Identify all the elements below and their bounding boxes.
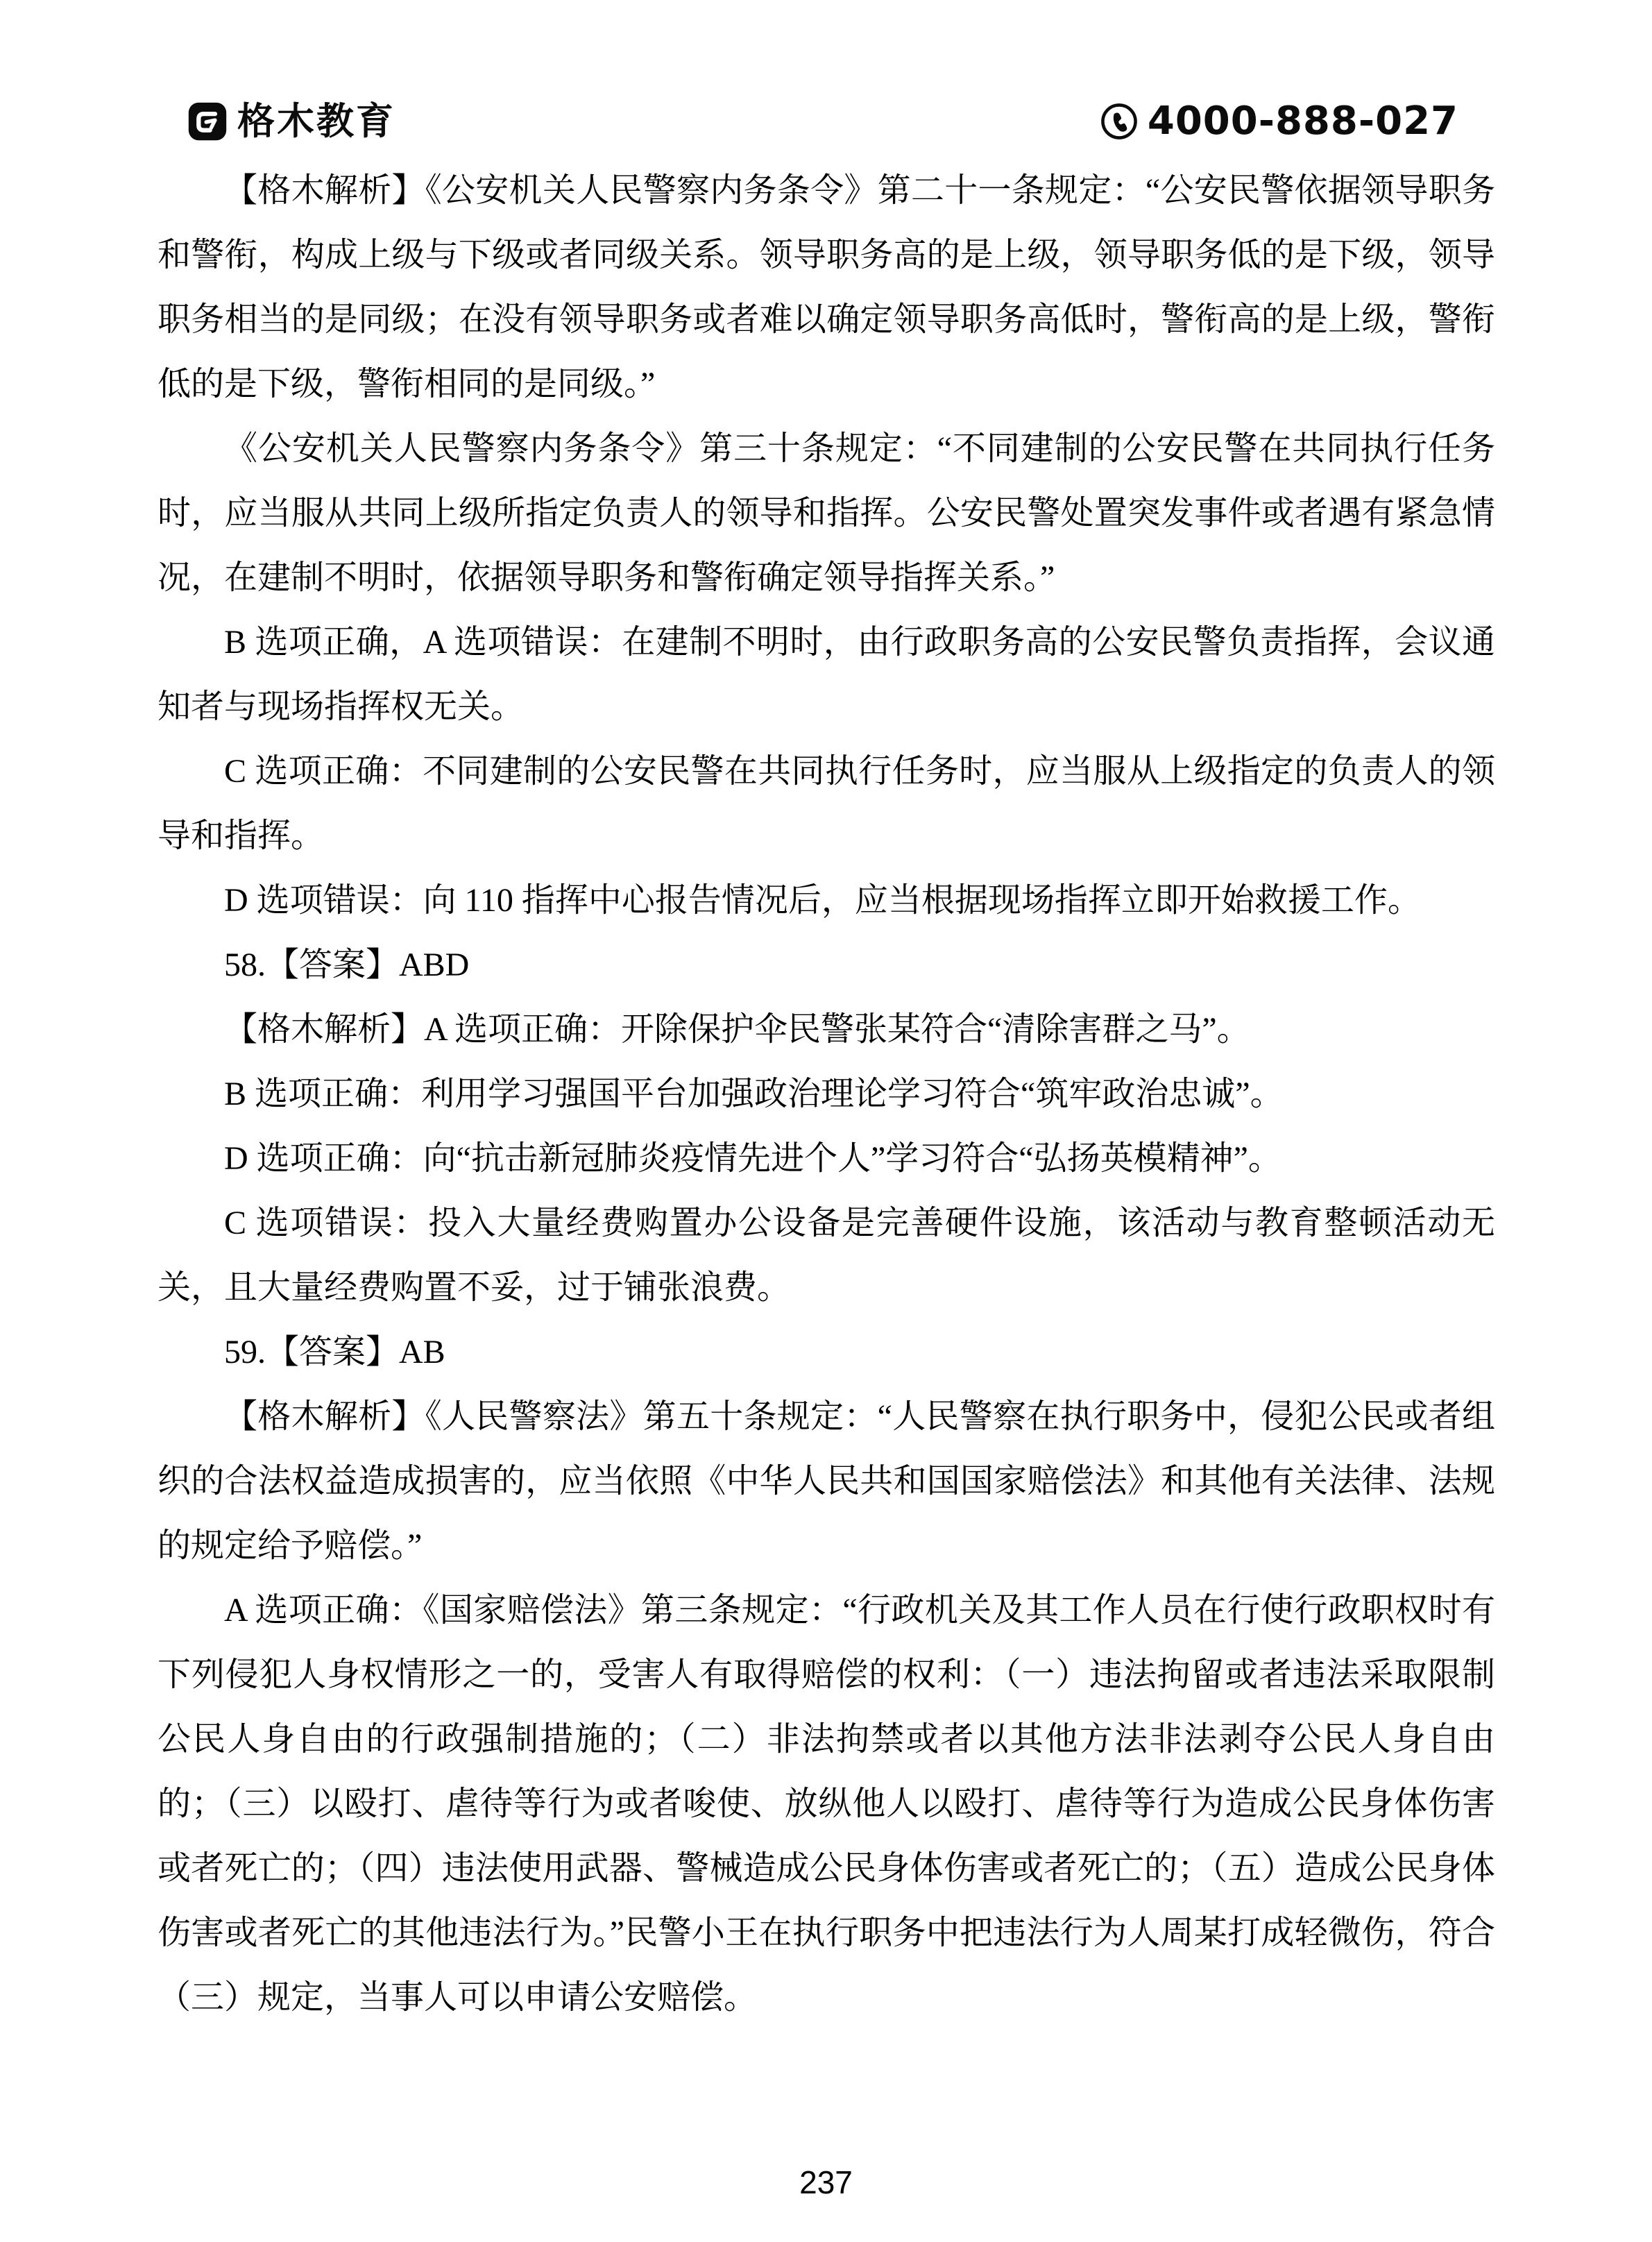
paragraph: 59.【答案】AB <box>157 1320 1495 1384</box>
brand-name: 格木教育 <box>237 101 395 142</box>
contact-phone: 4000-888-027 <box>1099 100 1458 143</box>
document-page: 格木教育 4000-888-027 【格木解析】《公安机关人民警察内务条令》第二… <box>0 0 1652 2242</box>
paragraph: C 选项正确：不同建制的公安民警在共同执行任务时，应当服从上级指定的负责人的领导… <box>157 739 1495 868</box>
paragraph: D 选项错误：向 110 指挥中心报告情况后，应当根据现场指挥立即开始救援工作。 <box>157 868 1495 933</box>
page-header: 格木教育 4000-888-027 <box>0 0 1652 167</box>
paragraph: 【格木解析】《人民警察法》第五十条规定：“人民警察在执行职务中，侵犯公民或者组织… <box>157 1384 1495 1578</box>
paragraph: D 选项正确：向“抗击新冠肺炎疫情先进个人”学习符合“弘扬英模精神”。 <box>157 1126 1495 1191</box>
paragraph: 58.【答案】ABD <box>157 933 1495 997</box>
answer-explanations: 【格木解析】《公安机关人民警察内务条令》第二十一条规定：“公安民警依据领导职务和… <box>157 158 1495 2030</box>
gemu-logo-icon <box>187 101 228 142</box>
page-footer: 237 <box>0 2164 1652 2201</box>
paragraph: 【格木解析】A 选项正确：开除保护伞民警张某符合“清除害群之马”。 <box>157 997 1495 1062</box>
phone-icon <box>1099 101 1139 142</box>
page-number: 237 <box>799 2164 853 2200</box>
paragraph: C 选项错误：投入大量经费购置办公设备是完善硬件设施，该活动与教育整顿活动无关，… <box>157 1191 1495 1320</box>
phone-number: 4000-888-027 <box>1148 100 1458 143</box>
paragraph: B 选项正确，A 选项错误：在建制不明时，由行政职务高的公安民警负责指挥，会议通… <box>157 610 1495 739</box>
paragraph: 【格木解析】《公安机关人民警察内务条令》第二十一条规定：“公安民警依据领导职务和… <box>157 158 1495 416</box>
paragraph: A 选项正确：《国家赔偿法》第三条规定：“行政机关及其工作人员在行使行政职权时有… <box>157 1578 1495 2030</box>
paragraph: 《公安机关人民警察内务条令》第三十条规定：“不同建制的公安民警在共同执行任务时，… <box>157 416 1495 610</box>
brand: 格木教育 <box>187 101 395 142</box>
paragraph: B 选项正确：利用学习强国平台加强政治理论学习符合“筑牢政治忠诚”。 <box>157 1062 1495 1126</box>
